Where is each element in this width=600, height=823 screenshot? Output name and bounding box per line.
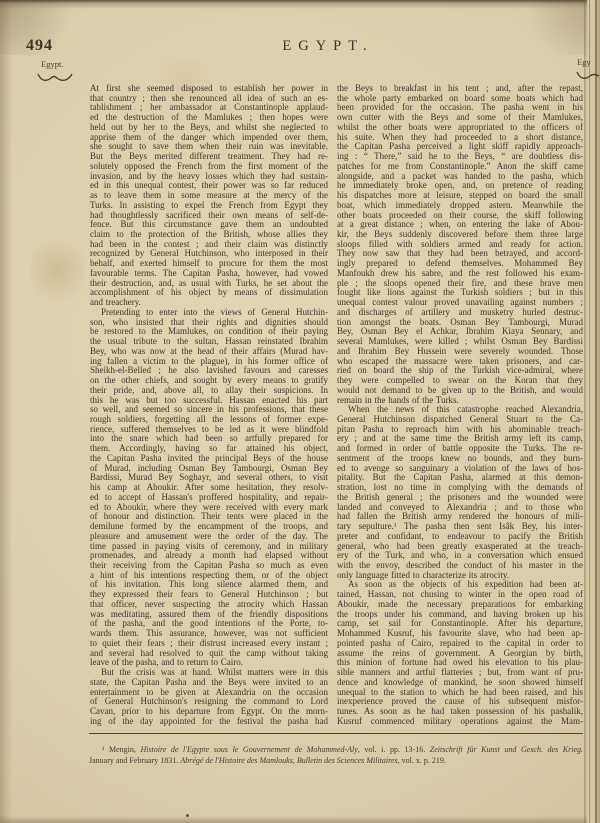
footnote-text: , vol. x. p. 219.: [398, 756, 446, 765]
text-line: assume the reins of government. A Georgi…: [337, 649, 583, 659]
text-line: General Hutchinson dispatched General St…: [337, 415, 583, 425]
text-line: ed to Aboukir, where they were received …: [90, 503, 328, 513]
page-edge-shading: [0, 0, 600, 9]
text-line: and discharges of artillery and musketry…: [337, 308, 583, 318]
margin-note-right: Egy: [577, 57, 591, 67]
footnote-citation-title: Zeitschrift für Kunst und Gesch. des Kri…: [430, 745, 583, 754]
text-line: and formed in order of battle opposite t…: [337, 444, 583, 454]
text-line: solutely opposed the French from the fir…: [90, 162, 328, 172]
page-edge-shading: [0, 816, 600, 823]
text-line: sentment of the troops knew no bounds, a…: [337, 454, 583, 464]
text-line: behalf, and exerted himself to procure f…: [90, 259, 328, 269]
text-line: to quiet their fears ; their distrust in…: [90, 639, 328, 649]
text-line: landed and conveyed to Alexandria ; and …: [337, 503, 583, 513]
text-line: boat, which immediately dropped astern. …: [337, 201, 583, 211]
text-line: When the news of this catastrophe reache…: [337, 405, 583, 415]
text-line: ried on board the ship of the Turkish vi…: [337, 366, 583, 376]
text-line: pitan Pasha to reproach him with his abo…: [337, 425, 583, 435]
text-line: the Capitan Pasha perceived a light skif…: [337, 142, 583, 152]
text-line: ing fallen a victim to the plague), in h…: [90, 357, 328, 367]
footnote-text: January and February 1831.: [89, 756, 180, 765]
text-line: unequal contest valour proved unavailing…: [337, 298, 583, 308]
text-line: Manfoukh drew his sabre, and the rest fo…: [337, 269, 583, 279]
text-line: been provided for the occasion. The pash…: [337, 103, 583, 113]
text-line: Pretending to enter into the views of Ge…: [90, 308, 328, 318]
text-line: with the envoy, described the conduct of…: [337, 561, 583, 571]
text-line: state, the Capitan Pasha and the Beys we…: [90, 678, 328, 688]
text-line: held out by her to the Beys, and whilst …: [90, 123, 328, 133]
text-line: fought like lions against the Turkish so…: [337, 288, 583, 298]
paper-speck: [186, 814, 189, 817]
footnote-citation-title: Histoire de l'Egypte sous le Gouvernemen…: [140, 745, 357, 754]
text-line: they were compelled to swear on the Kora…: [337, 376, 583, 386]
text-line: Cavan, prior to his departure from Egypt…: [90, 707, 328, 717]
text-line: Sheikh-el-Belled ; he also lavished favo…: [90, 366, 328, 376]
text-line: favourable terms. The Capitan Pasha, how…: [90, 269, 328, 279]
page-number: 494: [26, 37, 53, 55]
text-line: As soon as the objects of his expedition…: [337, 580, 583, 590]
text-line: the British general ; the prisoners and …: [337, 493, 583, 503]
text-line: tary sepulture.¹ The pasha then sent Isâ…: [337, 522, 583, 532]
text-line: as to leave them in some measure at the …: [90, 191, 328, 201]
text-line: pleasure and amusement were the order of…: [90, 532, 328, 542]
text-line: ed to avenge so sanguinary a violation o…: [337, 464, 583, 474]
text-line: he immediately broke open, and, on prete…: [337, 181, 583, 191]
text-line: sloops filled with soldiers armed and re…: [337, 240, 583, 250]
text-line: be restored to the Mamlukes, on conditio…: [90, 327, 328, 337]
text-line: ple ; the sloops opened their fire, and …: [337, 279, 583, 289]
text-line: that officer, never suspecting the atroc…: [90, 600, 328, 610]
page-edge-shading: [0, 0, 12, 823]
text-line: this he was but too successful. Hassan e…: [90, 396, 328, 406]
text-line: son, who insisted that their rights and …: [90, 318, 328, 328]
text-line: wards them. This assurance, however, was…: [90, 629, 328, 639]
running-head: EGYPT.: [90, 38, 566, 55]
footnote-line: January and February 1831. Abrégé de l'H…: [89, 755, 583, 766]
text-line: several Mamlukes, were killed ; whilst O…: [337, 337, 583, 347]
text-column-left: At first she seemed disposed to establis…: [90, 84, 328, 726]
text-line: Bey, Osman Bey el Achkar, Ibrahim Kiaya …: [337, 327, 583, 337]
text-line: fence. But this circumstance gave them a…: [90, 220, 328, 230]
text-line: time passed in paying visits of ceremony…: [90, 542, 328, 552]
text-line: inexperience proved the cause of his sub…: [337, 697, 583, 707]
text-line: them. Accordingly, having so far attaine…: [90, 444, 328, 454]
text-line: leave of the pasha, and to return to Cai…: [90, 658, 328, 668]
text-line: and treachery.: [90, 298, 328, 308]
text-line: so well, and seemed so sincere in his pr…: [90, 405, 328, 415]
margin-note-flourish-icon: [37, 71, 73, 83]
text-line: pitality. But the Capitan Pasha, alarmed…: [337, 473, 583, 483]
text-line: ed in this unequal contest, their power …: [90, 181, 328, 191]
footnote-line: ¹ Mengin, Histoire de l'Egypte sous le G…: [89, 744, 583, 755]
text-line: of honour and distinction. Their tents w…: [90, 512, 328, 522]
adjacent-page-edge: [584, 0, 600, 823]
text-line: apprise them of the danger which impende…: [90, 133, 328, 143]
text-line: they expressed their fears to General Hu…: [90, 590, 328, 600]
margin-note-flourish-icon: [576, 69, 600, 81]
text-line: But the Beys merited different treatment…: [90, 152, 328, 162]
text-line: remain in the hands of the Turks.: [337, 396, 583, 406]
text-line: pointed pasha of Cairo, repaired to the …: [337, 639, 583, 649]
text-line: and Ibrahim Bey Hussein were severely wo…: [337, 347, 583, 357]
text-line: ing of the day appointed for the festiva…: [90, 717, 328, 727]
text-line: Aboukir, made the necessary preparations…: [337, 600, 583, 610]
text-line: a hint of his intentions respecting them…: [90, 571, 328, 581]
text-line: of the pasha, and the good intentions of…: [90, 619, 328, 629]
text-line: Mohammed Kusruf, his favourite slave, wh…: [337, 629, 583, 639]
text-line: the whole party embarked on board some b…: [337, 94, 583, 104]
text-line: rough soldiers, forgetting all the lesso…: [90, 415, 328, 425]
text-line: rience, suffered themselves to be led as…: [90, 425, 328, 435]
footnote-text: , vol. i. pp. 13-16.: [358, 745, 430, 754]
text-line: ery of the Turk, and who, in a conversat…: [337, 551, 583, 561]
text-line: accomplishment of his object by means of…: [90, 288, 328, 298]
text-line: into the snare which had been so artfull…: [90, 434, 328, 444]
book-page: 494 EGYPT. Egypt. Egy At first she seeme…: [0, 0, 600, 823]
text-line: ingly prepared to defend themselves. Moh…: [337, 259, 583, 269]
text-line: ery ; and at the same time the British a…: [337, 434, 583, 444]
text-line: their destruction, and, as usual with Tu…: [90, 279, 328, 289]
text-line: general, who had been greatly exasperate…: [337, 542, 583, 552]
text-line: unequal to the station to which he had b…: [337, 688, 583, 698]
text-line: own cutter with the Beys and some of the…: [337, 113, 583, 123]
text-line: the troops under his command, and having…: [337, 610, 583, 620]
text-line: Bardissi, Murad Bey Soghayr, and several…: [90, 473, 328, 483]
text-line: Kusruf commenced military operations aga…: [337, 717, 583, 727]
paper-stain: [30, 230, 85, 310]
text-line: his suite. When they had proceeded to a …: [337, 133, 583, 143]
text-line: had fallen the British army rendered the…: [337, 512, 583, 522]
text-line: tion amongst the boats. Osman Bey Tambou…: [337, 318, 583, 328]
text-line: would not demand to be given up to the B…: [337, 386, 583, 396]
text-line: patches for me from Constantinople.” Ano…: [337, 162, 583, 172]
text-line: had thoughtlessly sacrificed their own m…: [90, 211, 328, 221]
text-line: the Beys to breakfast in his tent ; and,…: [337, 84, 583, 94]
text-line: the usual tribute to the sultan, Hassan …: [90, 337, 328, 347]
text-line: promenades, and already a month had elap…: [90, 551, 328, 561]
text-line: had been in the contest ; and their clai…: [90, 240, 328, 250]
text-line: But the crisis was at hand. Whilst matte…: [90, 668, 328, 678]
text-line: and several had resolved to quit the cam…: [90, 649, 328, 659]
text-line: entertainment to be given at Alexandria …: [90, 688, 328, 698]
text-line: their pride, and, above all, to allay th…: [90, 386, 328, 396]
text-line: this minion of fortune had owed his elev…: [337, 658, 583, 668]
text-line: claim to the protection of the British, …: [90, 230, 328, 240]
text-line: At first she seemed disposed to establis…: [90, 84, 328, 94]
text-line: only language fitted to characterize its…: [337, 571, 583, 581]
text-line: recognized by General Hutchinson, who in…: [90, 249, 328, 259]
text-line: who escaped the massacre were taken pris…: [337, 357, 583, 367]
text-column-right: the Beys to breakfast in his tent ; and,…: [337, 84, 583, 726]
text-line: alongside, and a packet was handed to th…: [337, 172, 583, 182]
text-line: ed to accept of Hassan's proffered hospi…: [90, 493, 328, 503]
text-line: kir, the Beys suddenly discovered before…: [337, 230, 583, 240]
text-line: was meditating, assured them of the frie…: [90, 610, 328, 620]
text-line: she sought to save them when their ruin …: [90, 142, 328, 152]
text-line: of his invitation. This long silence ala…: [90, 580, 328, 590]
text-line: dence and knowledge of mankind, he soon …: [337, 678, 583, 688]
footnote-text: ¹ Mengin,: [102, 745, 140, 754]
text-line: Bey, who was now at the head of their af…: [90, 347, 328, 357]
text-line: of General Hutchinson's resigning the co…: [90, 697, 328, 707]
text-line: They now saw that they had been betrayed…: [337, 249, 583, 259]
text-line: ed the destruction of the Mamlukes ; the…: [90, 113, 328, 123]
text-line: Turks. In assisting to expel the French …: [90, 201, 328, 211]
text-line: at a great distance ; when, on entering …: [337, 220, 583, 230]
text-line: invasion, and by the heavy losses which …: [90, 172, 328, 182]
text-line: stration, lost no time in complying with…: [337, 483, 583, 493]
footnote: ¹ Mengin, Histoire de l'Egypte sous le G…: [89, 744, 583, 766]
text-line: tunes. As soon as he had taken possessio…: [337, 707, 583, 717]
text-line: preter and confidant, to endeavour to pa…: [337, 532, 583, 542]
text-line: his camp at Aboukir. After some hesitati…: [90, 483, 328, 493]
text-line: his dispatches more at leisure, stepped …: [337, 191, 583, 201]
text-line: whilst the other boats were appropriated…: [337, 123, 583, 133]
text-line: tablishment ; her ambassador at Constant…: [90, 103, 328, 113]
text-line: sible manners and artful flatteries ; bu…: [337, 668, 583, 678]
text-line: tained, Hassan, not chusing to winter in…: [337, 590, 583, 600]
text-line: ing : “ There,” said he to the Beys, “ a…: [337, 152, 583, 162]
footnote-citation-title: Abrégé de l'Histoire des Mamlouks, Bulle…: [180, 756, 397, 765]
text-line: other boats proceeded on their course, t…: [337, 211, 583, 221]
margin-note-left: Egypt.: [41, 59, 63, 69]
text-line: the Capitan Pasha invited the principal …: [90, 454, 328, 464]
text-line: that country ; then she renounced all id…: [90, 94, 328, 104]
text-line: demilune formed by the encampment of the…: [90, 522, 328, 532]
text-line: of Murad, including Osman Bey Tambourgi,…: [90, 464, 328, 474]
text-line: camp, set sail for Constantinople. After…: [337, 619, 583, 629]
text-line: on the other chiefs, and sought by every…: [90, 376, 328, 386]
text-line: their receiving from the Capitan Pasha s…: [90, 561, 328, 571]
footnote-rule: [89, 733, 583, 734]
